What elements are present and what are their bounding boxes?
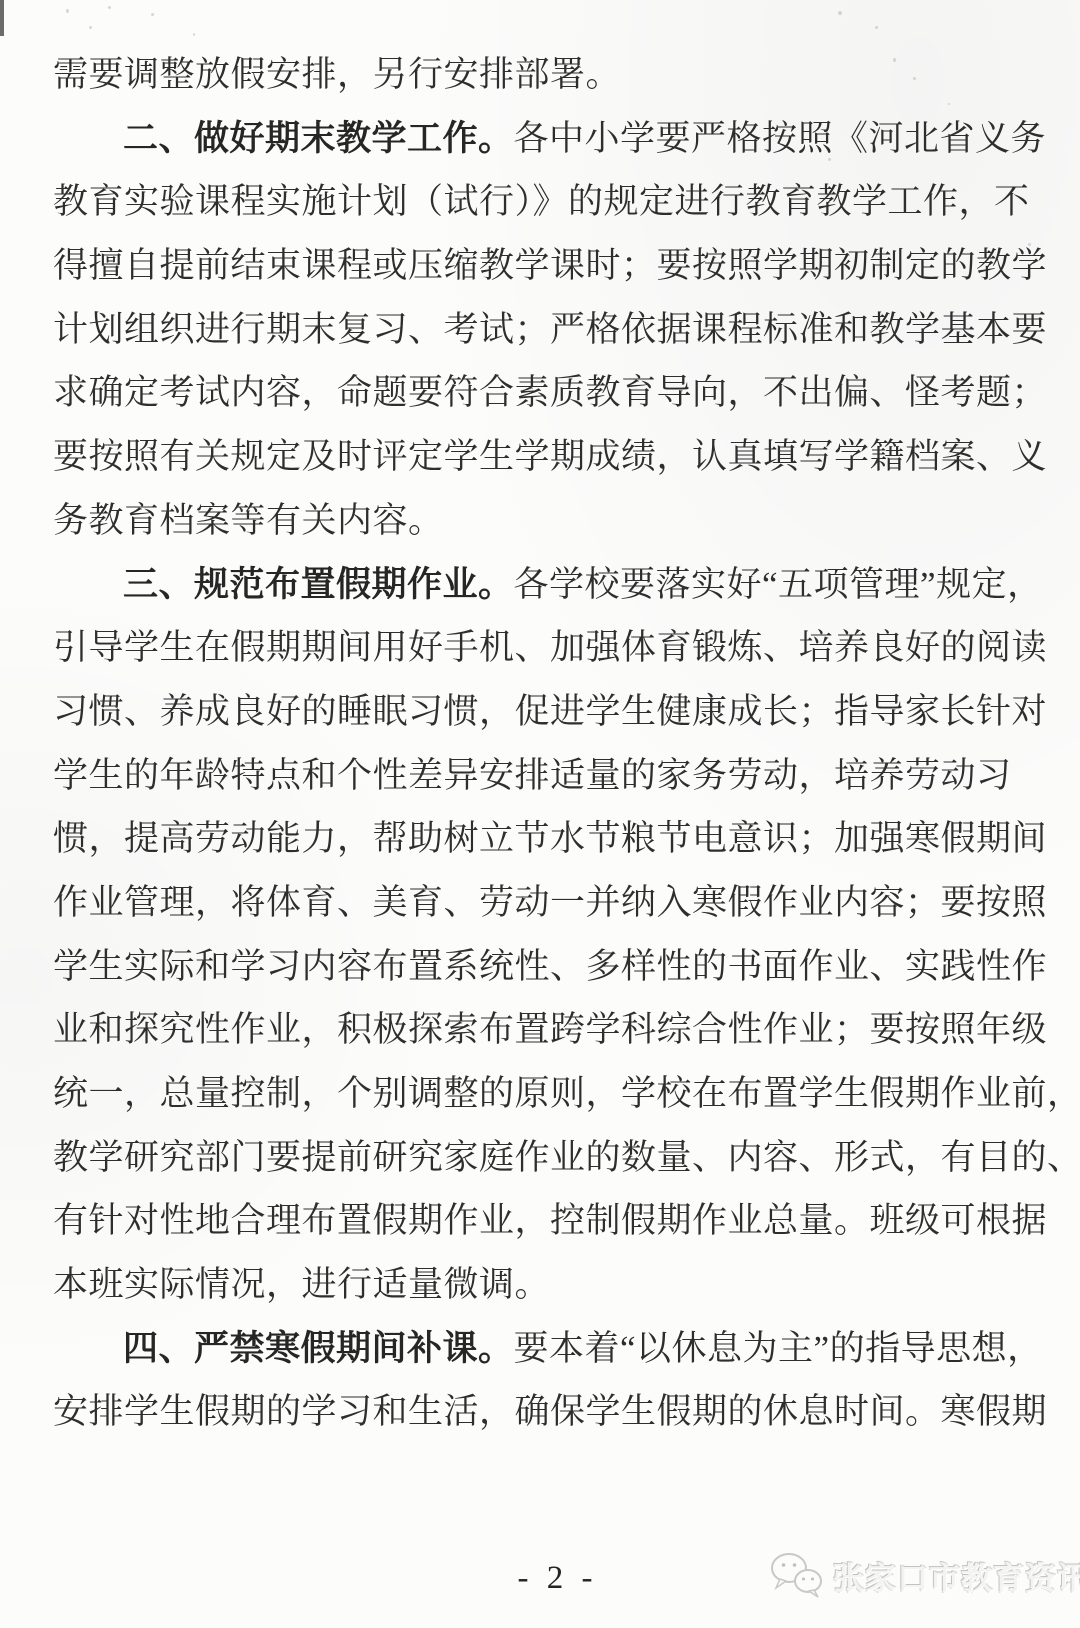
document-line: 要按照有关规定及时评定学生学期成绩，认真填写学籍档案、义 — [53, 425, 1053, 489]
document-line: 务教育档案等有关内容。 — [53, 489, 1053, 553]
document-line: 求确定考试内容，命题要符合素质教育导向，不出偏、怪考题； — [53, 361, 1053, 425]
document-line: 有针对性地合理布置假期作业，控制假期作业总量。班级可根据 — [53, 1189, 1053, 1253]
scan-speck — [89, 26, 92, 29]
text-run: 各中小学要严格按照《河北省义务 — [514, 119, 1047, 158]
scan-speck — [66, 9, 69, 13]
heading-run: 二、做好期末教学工作。 — [123, 119, 514, 158]
document-line: 惯，提高劳动能力，帮助树立节水节粮节电意识；加强寒假期间 — [53, 807, 1053, 871]
document-line: 业和探究性作业，积极探索布置跨学科综合性作业；要按照年级 — [53, 998, 1053, 1062]
document-line: 需要调整放假安排，另行安排部署。 — [53, 43, 1053, 107]
text-run: 有针对性地合理布置假期作业，控制假期作业总量。班级可根据 — [53, 1201, 1047, 1240]
document-line: 计划组织进行期末复习、考试；严格依据课程标准和教学基本要 — [53, 298, 1053, 362]
document-line: 统一，总量控制，个别调整的原则，学校在布置学生假期作业前， — [53, 1062, 1053, 1126]
document-line: 教育实验课程实施计划（试行）》的规定进行教育教学工作，不 — [53, 170, 1053, 234]
text-run: 统一，总量控制，个别调整的原则，学校在布置学生假期作业前， — [53, 1074, 1080, 1113]
scan-speck — [875, 26, 878, 29]
document-line: 得擅自提前结束课程或压缩教学课时；要按照学期初制定的教学 — [53, 234, 1053, 298]
document-line: 学生实际和学习内容布置系统性、多样性的书面作业、实践性作 — [53, 935, 1053, 999]
text-run: 要按照有关规定及时评定学生学期成绩，认真填写学籍档案、义 — [53, 437, 1047, 476]
text-run: 务教育档案等有关内容。 — [53, 501, 444, 540]
watermark-text: 张家口市教育资讯 — [833, 1553, 1080, 1598]
document-line: 四、严禁寒假期间补课。要本着“以休息为主”的指导思想， — [53, 1317, 1053, 1381]
heading-run: 四、严禁寒假期间补课。 — [123, 1329, 514, 1368]
document-line: 作业管理，将体育、美育、劳动一并纳入寒假作业内容；要按照 — [53, 871, 1053, 935]
heading-run: 三、规范布置假期作业。 — [123, 565, 514, 604]
document-body: 需要调整放假安排，另行安排部署。 二、做好期末教学工作。各中小学要严格按照《河北… — [53, 43, 1053, 1444]
text-run: 安排学生假期的学习和生活，确保学生假期的休息时间。寒假期 — [53, 1392, 1047, 1431]
document-line: 三、规范布置假期作业。各学校要落实好“五项管理”规定， — [53, 553, 1053, 617]
document-line: 本班实际情况，进行适量微调。 — [53, 1253, 1053, 1317]
text-run: 教育实验课程实施计划（试行）》的规定进行教育教学工作，不 — [53, 182, 1030, 221]
document-line: 二、做好期末教学工作。各中小学要严格按照《河北省义务 — [53, 107, 1053, 171]
scan-speck — [108, 6, 111, 9]
text-run: 作业管理，将体育、美育、劳动一并纳入寒假作业内容；要按照 — [53, 883, 1047, 922]
text-run: 本班实际情况，进行适量微调。 — [53, 1265, 550, 1304]
page-number: - 2 - — [450, 1560, 665, 1597]
document-line: 教学研究部门要提前研究家庭作业的数量、内容、形式，有目的、 — [53, 1126, 1053, 1190]
text-run: 惯，提高劳动能力，帮助树立节水节粮节电意识；加强寒假期间 — [53, 819, 1047, 858]
watermark: 张家口市教育资讯 — [768, 1549, 1080, 1601]
text-run: 要本着“以休息为主”的指导思想， — [514, 1329, 1043, 1368]
scan-speck — [151, 13, 154, 16]
scan-speck — [838, 11, 842, 15]
text-run: 教学研究部门要提前研究家庭作业的数量、内容、形式，有目的、 — [53, 1138, 1080, 1177]
text-run: 求确定考试内容，命题要符合素质教育导向，不出偏、怪考题； — [53, 373, 1047, 412]
text-run: 习惯、养成良好的睡眠习惯，促进学生健康成长；指导家长针对 — [53, 692, 1047, 731]
scan-speck — [193, 33, 195, 36]
wechat-icon — [768, 1549, 826, 1601]
scan-edge-artifact — [0, 0, 4, 36]
text-run: 计划组织进行期末复习、考试；严格依据课程标准和教学基本要 — [53, 310, 1047, 349]
document-line: 学生的年龄特点和个性差异安排适量的家务劳动，培养劳动习 — [53, 744, 1053, 808]
document-line: 安排学生假期的学习和生活，确保学生假期的休息时间。寒假期 — [53, 1380, 1053, 1444]
text-run: 业和探究性作业，积极探索布置跨学科综合性作业；要按照年级 — [53, 1010, 1047, 1049]
text-run: 引导学生在假期期间用好手机、加强体育锻炼、培养良好的阅读 — [53, 628, 1047, 667]
text-run: 各学校要落实好“五项管理”规定， — [514, 565, 1043, 604]
text-run: 得擅自提前结束课程或压缩教学课时；要按照学期初制定的教学 — [53, 246, 1047, 285]
text-run: 学生的年龄特点和个性差异安排适量的家务劳动，培养劳动习 — [53, 756, 1012, 795]
text-run: 需要调整放假安排，另行安排部署。 — [53, 55, 621, 94]
document-line: 引导学生在假期期间用好手机、加强体育锻炼、培养良好的阅读 — [53, 616, 1053, 680]
text-run: 学生实际和学习内容布置系统性、多样性的书面作业、实践性作 — [53, 947, 1047, 986]
scanned-document-page: 需要调整放假安排，另行安排部署。 二、做好期末教学工作。各中小学要严格按照《河北… — [0, 0, 1080, 1628]
document-line: 习惯、养成良好的睡眠习惯，促进学生健康成长；指导家长针对 — [53, 680, 1053, 744]
